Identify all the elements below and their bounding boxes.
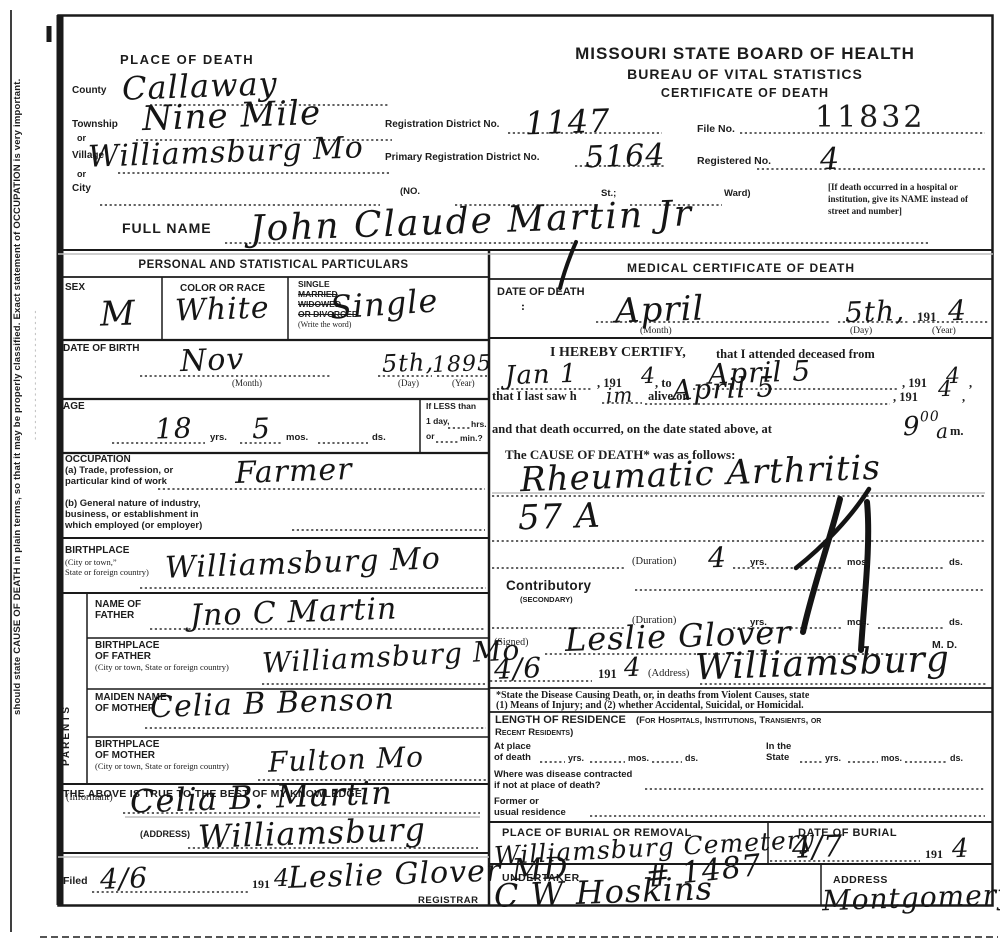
comma-1: , bbox=[969, 377, 972, 390]
burial-year-prefix: 191 bbox=[925, 848, 943, 861]
signed-year-prefix: 191 bbox=[598, 668, 617, 681]
if-less-than-note-1: If LESS than bbox=[426, 402, 476, 411]
registered-no-value: 4 bbox=[819, 144, 840, 176]
registration-district-label: Registration District No. bbox=[385, 120, 499, 131]
signed-address-label: (Address) bbox=[648, 668, 689, 679]
atplace-mos-caption: mos. bbox=[628, 754, 649, 764]
death-day-handwritten: 5th, bbox=[845, 296, 906, 328]
age-mos-caption: mos. bbox=[286, 433, 308, 443]
undertaker-address-handwritten: Montgomery Mo bbox=[822, 878, 1000, 916]
place-of-death-title: PLACE OF DEATH bbox=[120, 53, 254, 67]
parents-vertical-label: PARENTS bbox=[62, 618, 73, 766]
father-birthplace-label-1: BIRTHPLACE bbox=[95, 641, 159, 652]
duration2-ds-caption: ds. bbox=[949, 618, 963, 628]
certificate-subtitle: CERTIFICATE OF DEATH bbox=[500, 87, 990, 100]
cause-code-handwritten: 57 A bbox=[517, 498, 601, 537]
township-value-handwritten: Nine Mile bbox=[141, 95, 321, 137]
burial-date-handwritten: 4/7 bbox=[791, 831, 843, 865]
instate-mos-caption: mos. bbox=[881, 754, 902, 764]
race-value-handwritten: White bbox=[174, 292, 270, 327]
filed-year-prefix: 191 bbox=[252, 878, 270, 891]
at-place-label-1: At place bbox=[494, 742, 531, 752]
atplace-ds-caption: ds. bbox=[685, 754, 698, 764]
or-label-2: or bbox=[77, 170, 86, 180]
board-title: MISSOURI STATE BOARD OF HEALTH bbox=[500, 45, 990, 63]
primary-district-value: 5164 bbox=[584, 140, 665, 175]
or-label-1: or bbox=[77, 134, 86, 144]
death-time-hour-handwritten: 9 bbox=[903, 414, 921, 442]
secondary-caption: (SECONDARY) bbox=[520, 596, 573, 604]
cause-footnote-line2: (1) Means of Injury; and (2) whether Acc… bbox=[496, 701, 804, 712]
death-year-digit-handwritten: 4 bbox=[947, 296, 967, 326]
dob-month-handwritten: Nov bbox=[179, 344, 244, 378]
if-less-than-hrs: hrs. bbox=[471, 420, 487, 429]
duration-label-1: (Duration) bbox=[632, 556, 676, 567]
year-caption: (Year) bbox=[452, 379, 475, 389]
informant-label: (Informant) bbox=[66, 793, 113, 804]
to-year-prefix: , 191 bbox=[902, 377, 927, 390]
sex-value-handwritten: M bbox=[99, 295, 136, 332]
father-name-label-1: NAME OF bbox=[95, 600, 141, 611]
city-label: City bbox=[72, 184, 91, 195]
occupation-label: OCCUPATION bbox=[65, 455, 131, 466]
occupation-b-label-2: business, or establishment in bbox=[65, 510, 199, 520]
marital-option-single: SINGLE bbox=[298, 280, 330, 289]
personal-section-title: PERSONAL AND STATISTICAL PARTICULARS bbox=[58, 259, 489, 271]
last-year-prefix: , 191 bbox=[893, 391, 918, 404]
death-year-caption: (Year) bbox=[932, 326, 956, 336]
occupation-a-label-2: particular kind of work bbox=[65, 477, 167, 487]
age-label: AGE bbox=[63, 402, 85, 413]
contributory-label: Contributory bbox=[506, 579, 591, 593]
primary-district-label: Primary Registration District No. bbox=[385, 153, 539, 164]
occupation-b-label-3: which employed (or employer) bbox=[65, 521, 202, 531]
informant-address-handwritten: Williamsburg bbox=[197, 813, 426, 855]
county-label: County bbox=[72, 86, 106, 97]
registrar-label: REGISTRAR bbox=[418, 896, 478, 906]
informant-address-label: (ADDRESS) bbox=[140, 830, 190, 840]
mother-birthplace-label-2: OF MOTHER bbox=[95, 751, 155, 762]
medical-section-title: MEDICAL CERTIFICATE OF DEATH bbox=[489, 262, 993, 275]
atplace-yrs-caption: yrs. bbox=[568, 754, 584, 764]
occupation-value-handwritten: Farmer bbox=[234, 454, 353, 490]
day-caption: (Day) bbox=[398, 379, 419, 389]
death-month-caption: (Month) bbox=[640, 326, 672, 336]
dob-year-handwritten: 1895 bbox=[432, 352, 493, 377]
attended-from-date-handwritten: Jan 1 bbox=[505, 361, 578, 391]
signed-date-handwritten: 4/6 bbox=[493, 653, 542, 684]
age-months-handwritten: 5 bbox=[251, 414, 271, 444]
file-no-label: File No. bbox=[697, 124, 735, 135]
filed-label: Filed bbox=[63, 876, 88, 887]
ward-label: Ward) bbox=[724, 189, 751, 199]
bureau-subtitle: BUREAU OF VITAL STATISTICS bbox=[500, 67, 990, 82]
length-of-residence-heading-2: (For Hospitals, Institutions, Transients… bbox=[636, 716, 821, 726]
death-month-handwritten: April bbox=[614, 290, 705, 329]
birthplace-sub-2: State or foreign country) bbox=[65, 568, 149, 577]
occupation-a-label-1: (a) Trade, profession, or bbox=[65, 466, 173, 476]
at-place-label-2: of death bbox=[494, 753, 531, 763]
father-name-label-2: FATHER bbox=[95, 611, 134, 622]
date-of-death-label: DATE OF DEATH bbox=[497, 287, 585, 299]
death-year-prefix: 191 bbox=[917, 310, 937, 324]
signed-address-handwritten: Williamsburg bbox=[694, 641, 950, 688]
disease-contracted-label-2: if not at place of death? bbox=[494, 781, 601, 791]
signed-year-digit: 4 bbox=[624, 655, 642, 683]
date-of-death-colon: : bbox=[521, 300, 525, 313]
hospital-note: [If death occurred in a hospital or inst… bbox=[828, 181, 984, 217]
file-no-value: 11832 bbox=[815, 102, 925, 134]
father-name-handwritten: Jno C Martin bbox=[190, 593, 398, 632]
death-occurred-text: and that death occurred, on the date sta… bbox=[492, 423, 772, 436]
full-name-label: FULL NAME bbox=[122, 221, 212, 236]
if-less-than-or: or bbox=[426, 432, 435, 441]
burial-year-digit: 4 bbox=[952, 836, 970, 864]
age-ds-caption: ds. bbox=[372, 433, 386, 443]
instate-ds-caption: ds. bbox=[950, 754, 963, 764]
dob-day-handwritten: 5th, bbox=[382, 350, 435, 377]
death-time-ampm-handwritten: a bbox=[936, 421, 950, 443]
length-of-residence-heading-3: Recent Residents) bbox=[495, 728, 573, 738]
last-year-digit: 4 bbox=[938, 378, 954, 402]
mother-birthplace-sub: (City or town, State or foreign country) bbox=[95, 762, 229, 771]
duration2-mos-caption: mos. bbox=[847, 618, 869, 628]
time-m-label: m. bbox=[950, 425, 964, 438]
father-birthplace-label-2: OF FATHER bbox=[95, 652, 151, 663]
birthplace-sub-1: (City or town,” bbox=[65, 558, 117, 567]
street-no-label: (NO. bbox=[400, 187, 420, 197]
him-handwritten: im bbox=[606, 385, 634, 407]
sex-label: SEX bbox=[65, 283, 85, 294]
registered-no-label: Registered No. bbox=[697, 156, 771, 167]
registration-district-value: 1147 bbox=[524, 105, 611, 142]
death-certificate: should state CAUSE OF DEATH in plain ter… bbox=[0, 0, 1000, 941]
duration-years-handwritten: 4 bbox=[707, 543, 727, 573]
former-residence-label-2: usual residence bbox=[494, 808, 566, 818]
in-state-label-1: In the bbox=[766, 742, 791, 752]
mother-maiden-handwritten: Celia B Benson bbox=[150, 684, 396, 724]
duration1-ds-caption: ds. bbox=[949, 558, 963, 568]
last-seen-date-handwritten: April 5 bbox=[672, 372, 776, 405]
if-less-than-min: min.? bbox=[460, 434, 483, 443]
age-yrs-caption: yrs. bbox=[210, 433, 227, 443]
instate-yrs-caption: yrs. bbox=[825, 754, 841, 764]
comma-2: , bbox=[962, 391, 965, 404]
duration1-yrs-caption: yrs. bbox=[750, 558, 767, 568]
date-of-birth-label: DATE OF BIRTH bbox=[63, 344, 139, 355]
signed-label: (Signed) bbox=[494, 638, 528, 649]
in-state-label-2: State bbox=[766, 753, 789, 763]
marital-value-handwritten: Single bbox=[329, 284, 440, 325]
filed-date-handwritten: 4/6 bbox=[99, 863, 148, 894]
father-birthplace-sub: (City or town, State or foreign country) bbox=[95, 663, 229, 672]
occupation-b-label-1: (b) General nature of industry, bbox=[65, 499, 200, 509]
township-label: Township bbox=[72, 120, 118, 131]
if-less-than-note-2: 1 day, bbox=[426, 417, 449, 426]
length-of-residence-heading: LENGTH OF RESIDENCE bbox=[495, 715, 626, 727]
death-day-caption: (Day) bbox=[850, 326, 872, 336]
age-years-handwritten: 18 bbox=[154, 413, 193, 444]
mother-birthplace-label-1: BIRTHPLACE bbox=[95, 740, 159, 751]
duration1-mos-caption: mos. bbox=[847, 558, 869, 568]
mother-maiden-label-2: OF MOTHER bbox=[95, 704, 155, 715]
mother-birthplace-handwritten: Fulton Mo bbox=[268, 742, 425, 777]
last-saw-text: that I last saw h bbox=[492, 390, 577, 403]
margin-note-faint: - - - - - - - - - - - - - - - - - - - - … bbox=[31, 60, 41, 440]
disease-contracted-label-1: Where was disease contracted bbox=[494, 770, 632, 780]
former-residence-label-1: Former or bbox=[494, 797, 539, 807]
month-caption: (Month) bbox=[232, 379, 262, 389]
margin-instruction-note: should state CAUSE OF DEATH in plain ter… bbox=[13, 25, 23, 715]
birthplace-label: BIRTHPLACE bbox=[65, 546, 129, 557]
